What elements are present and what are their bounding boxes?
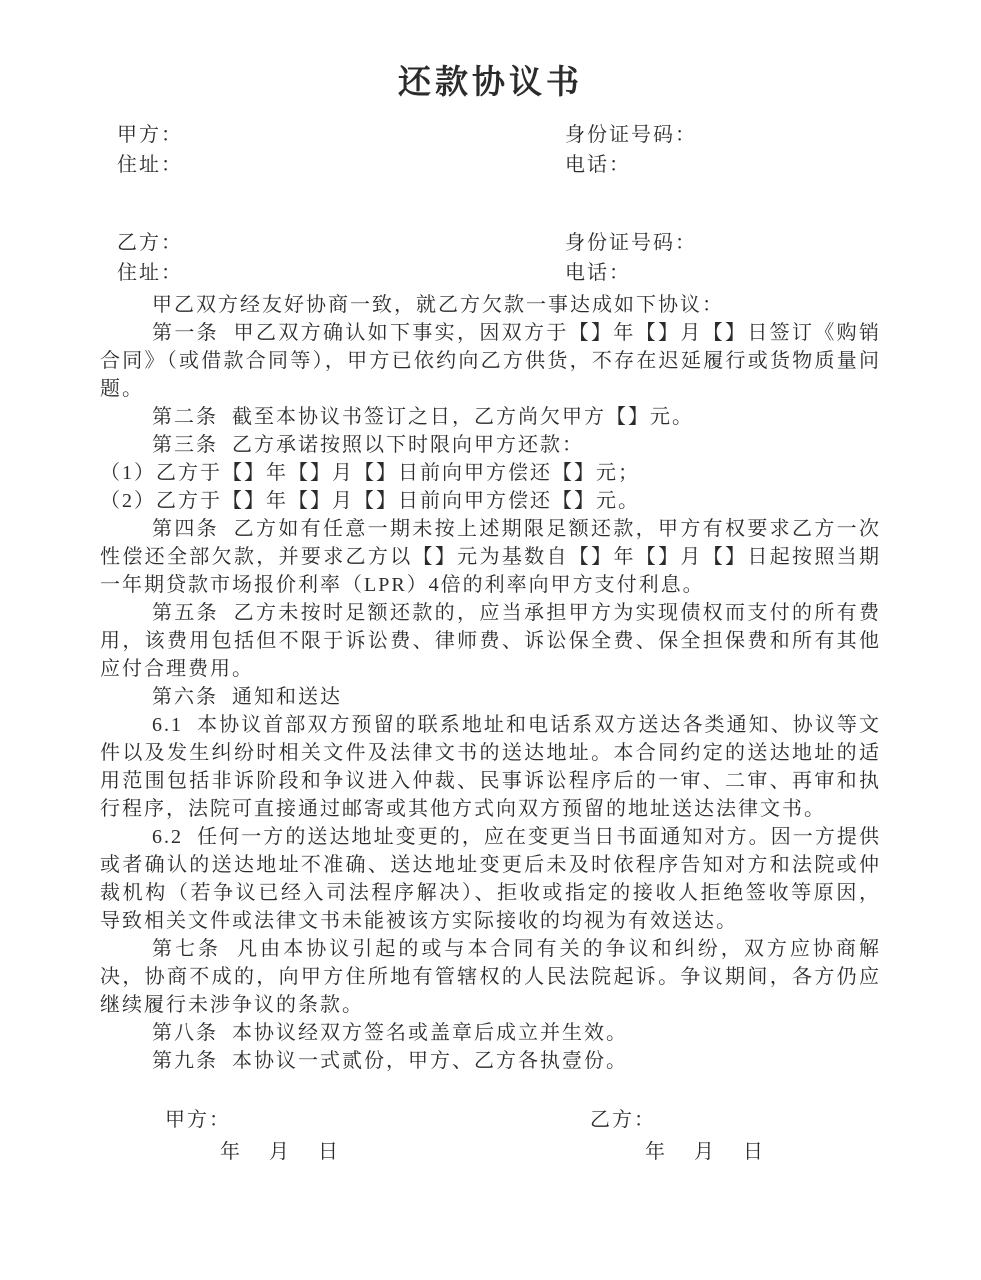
- party-a-info-row-2: 住址： 电话：: [117, 150, 881, 180]
- paragraph: 第三条 乙方承诺按照以下时限向甲方还款：: [100, 431, 881, 459]
- party-b-phone-label: 电话：: [565, 258, 881, 288]
- paragraph: 第九条 本协议一式贰份，甲方、乙方各执壹份。: [100, 1047, 881, 1075]
- party-b-id-label: 身份证号码：: [565, 228, 881, 258]
- paragraph: 6.1 本协议首部双方预留的联系地址和电话系双方送达各类通知、协议等文件以及发生…: [100, 711, 881, 823]
- document-title: 还款协议书: [100, 62, 881, 104]
- signature-section: 甲方： 年 月 日 乙方： 年 月 日: [100, 1105, 881, 1169]
- paragraph: 第四条 乙方如有任意一期未按上述期限足额还款，甲方有权要求乙方一次性偿还全部欠款…: [100, 515, 881, 599]
- paragraph: 第六条 通知和送达: [100, 683, 881, 711]
- paragraph: 第一条 甲乙双方确认如下事实，因双方于【】年【】月【】日签订《购销合同》（或借款…: [100, 319, 881, 403]
- party-a-info-row-1: 甲方： 身份证号码：: [117, 120, 881, 150]
- document-page: 还款协议书 甲方： 身份证号码： 住址： 电话： 乙方： 身份证号码： 住址： …: [0, 0, 981, 1280]
- party-a-sign-label: 甲方：: [165, 1105, 590, 1135]
- party-b-signature: 乙方： 年 月 日: [590, 1105, 881, 1169]
- party-b-info-row-2: 住址： 电话：: [117, 258, 881, 288]
- paragraph: （1）乙方于【】年【】月【】日前向甲方偿还【】元；: [100, 459, 881, 487]
- paragraph: （2）乙方于【】年【】月【】日前向甲方偿还【】元。: [100, 487, 881, 515]
- paragraph: 甲乙双方经友好协商一致，就乙方欠款一事达成如下协议：: [100, 291, 881, 319]
- party-b-address-label: 住址：: [117, 258, 565, 288]
- party-a-signature: 甲方： 年 月 日: [100, 1105, 590, 1169]
- party-a-phone-label: 电话：: [565, 150, 881, 180]
- party-b-sign-label: 乙方：: [590, 1105, 881, 1135]
- party-a-name-label: 甲方：: [117, 120, 565, 150]
- paragraph: 第二条 截至本协议书签订之日，乙方尚欠甲方【】元。: [100, 403, 881, 431]
- party-a-date-line: 年 月 日: [165, 1135, 590, 1169]
- agreement-body: 甲乙双方经友好协商一致，就乙方欠款一事达成如下协议：第一条 甲乙双方确认如下事实…: [100, 291, 881, 1075]
- party-b-info-row-1: 乙方： 身份证号码：: [117, 228, 881, 258]
- party-b-name-label: 乙方：: [117, 228, 565, 258]
- paragraph: 第八条 本协议经双方签名或盖章后成立并生效。: [100, 1019, 881, 1047]
- party-a-address-label: 住址：: [117, 150, 565, 180]
- paragraph: 6.2 任何一方的送达地址变更的，应在变更当日书面通知对方。因一方提供或者确认的…: [100, 823, 881, 935]
- party-b-info: 乙方： 身份证号码： 住址： 电话：: [117, 228, 881, 288]
- paragraph: 第五条 乙方未按时足额还款的，应当承担甲方为实现债权而支付的所有费用，该费用包括…: [100, 599, 881, 683]
- party-a-id-label: 身份证号码：: [565, 120, 881, 150]
- party-b-date-line: 年 月 日: [590, 1135, 881, 1169]
- party-a-info: 甲方： 身份证号码： 住址： 电话：: [117, 120, 881, 180]
- paragraph: 第七条 凡由本协议引起的或与本合同有关的争议和纠纷，双方应协商解决，协商不成的，…: [100, 935, 881, 1019]
